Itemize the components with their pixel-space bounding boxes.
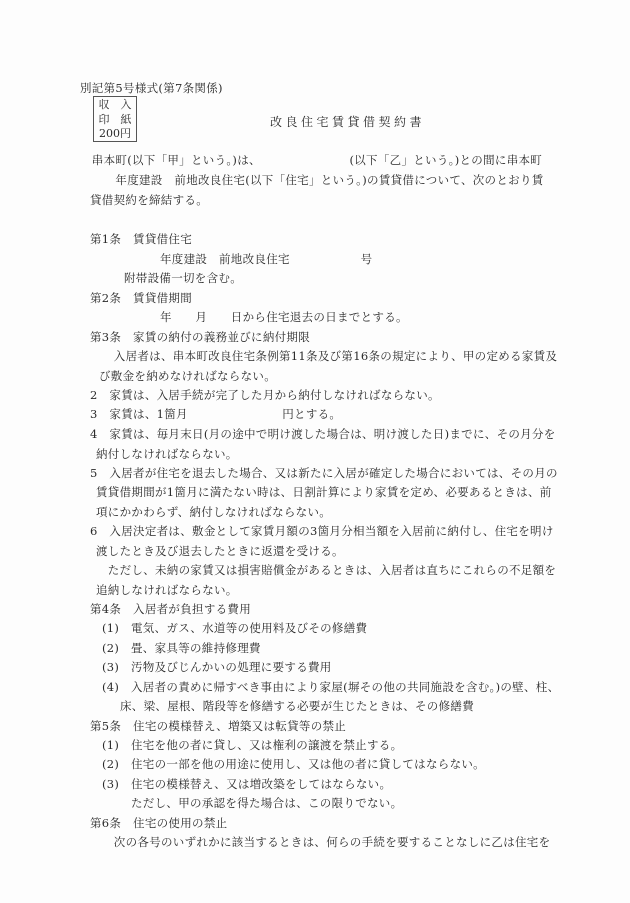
contract-text-line: ただし、未納の家賃又は損害賠償金があるときは、入居者は直ちにこれらの不足額を bbox=[96, 563, 556, 577]
contract-text-line: 2 家賃は、入居手続が完了した月から納付しなければならない。 bbox=[90, 388, 440, 402]
stamp-line-1: 収 入 bbox=[94, 98, 136, 113]
contract-text-line: 第4条 入居者が負担する費用 bbox=[90, 602, 251, 616]
contract-text-line: 6 入居決定者は、敷金として家賃月額の3箇月分相当額を入居前に納付し、住宅を明け bbox=[90, 524, 554, 538]
contract-text-line: (4) 入居者の責めに帰すべき事由により家屋(塀その他の共同施設を含む。)の壁、… bbox=[102, 680, 559, 694]
contract-text-line: 第5条 住宅の模様替え、増築又は転貸等の禁止 bbox=[90, 719, 346, 733]
contract-text-line: 賃貸借期間が1箇月に満たない時は、日割計算により家賃を定め、必要あるときは、前 bbox=[96, 485, 552, 499]
contract-text-line: 3 家賃は、1箇月 円とする。 bbox=[90, 407, 341, 421]
contract-text-line: 附帯設備一切を含む。 bbox=[124, 271, 242, 285]
contract-text-line: 年度建設 前地改良住宅 号 bbox=[160, 252, 372, 266]
contract-text-line: 渡したとき及び退去したときに返還を受ける。 bbox=[96, 544, 344, 558]
contract-text-line: (2) 住宅の一部を他の用途に使用し、又は他の者に貸してはならない。 bbox=[102, 757, 485, 771]
contract-text-line: (3) 住宅の模様替え、又は増改築をしてはならない。 bbox=[102, 777, 391, 791]
contract-text-line: 入居者は、串本町改良住宅条例第11条及び第16条の規定により、甲の定める家賃及 bbox=[102, 349, 557, 363]
contract-text-line: 5 入居者が住宅を退去した場合、又は新たに入居が確定した場合においては、その月の bbox=[90, 466, 558, 480]
contract-text-line: 第2条 賃貸借期間 bbox=[90, 291, 192, 305]
contract-text-line: 第3条 家賃の納付の義務並びに納付期限 bbox=[90, 330, 310, 344]
contract-text-line: 第1条 賃貸借住宅 bbox=[90, 232, 192, 246]
contract-text-line: 納付しなければならない。 bbox=[96, 447, 238, 461]
contract-text-line: (3) 汚物及びじんかいの処理に要する費用 bbox=[102, 660, 332, 674]
contract-text-line: (1) 電気、ガス、水道等の使用料及びその修繕費 bbox=[102, 621, 367, 635]
contract-text-line: (2) 畳、家具等の維持修理費 bbox=[102, 641, 261, 655]
contract-text-line: 年 月 日から住宅退去の日までとする。 bbox=[160, 310, 408, 324]
revenue-stamp-box: 収 入 印 紙 200円 bbox=[93, 96, 137, 142]
contract-text-line: 次の各号のいずれかに該当するときは、何らの手続を要することなしに乙は住宅を bbox=[102, 835, 550, 849]
contract-text-line: 貸借契約を締結する。 bbox=[90, 193, 208, 207]
contract-text-line: (1) 住宅を他の者に貸し、又は権利の譲渡を禁止する。 bbox=[102, 738, 402, 752]
contract-text-line: 年度建設 前地改良住宅(以下「住宅」という。)の賃貸借について、次のとおり賃 bbox=[80, 173, 544, 187]
contract-text-line: 串本町(以下「甲」という。)は、 (以下「乙」という。)との間に串本町 bbox=[80, 153, 542, 167]
document-title: 改良住宅賃貸借契約書 bbox=[270, 115, 425, 129]
contract-text-line: び敷金を納めなければならない。 bbox=[99, 369, 276, 383]
form-label: 別記第5号様式(第7条関係) bbox=[80, 81, 223, 95]
contract-text-line: ただし、甲の承認を得た場合は、この限りでない。 bbox=[131, 796, 402, 810]
stamp-line-2: 印 紙 bbox=[94, 113, 136, 128]
contract-text-line: 床、梁、屋根、階段等を修繕する必要が生じたときは、その修繕費 bbox=[120, 699, 474, 713]
contract-text-line: 4 家賃は、毎月末日(月の途中で明け渡した場合は、明け渡した日)までに、その月分… bbox=[90, 427, 556, 441]
contract-text-line: 項にかかわらず、納付しなければならない。 bbox=[96, 505, 331, 519]
contract-text-line: 第6条 住宅の使用の禁止 bbox=[90, 816, 227, 830]
contract-text-line: 追納しなければならない。 bbox=[96, 583, 238, 597]
stamp-line-3: 200円 bbox=[94, 127, 136, 142]
